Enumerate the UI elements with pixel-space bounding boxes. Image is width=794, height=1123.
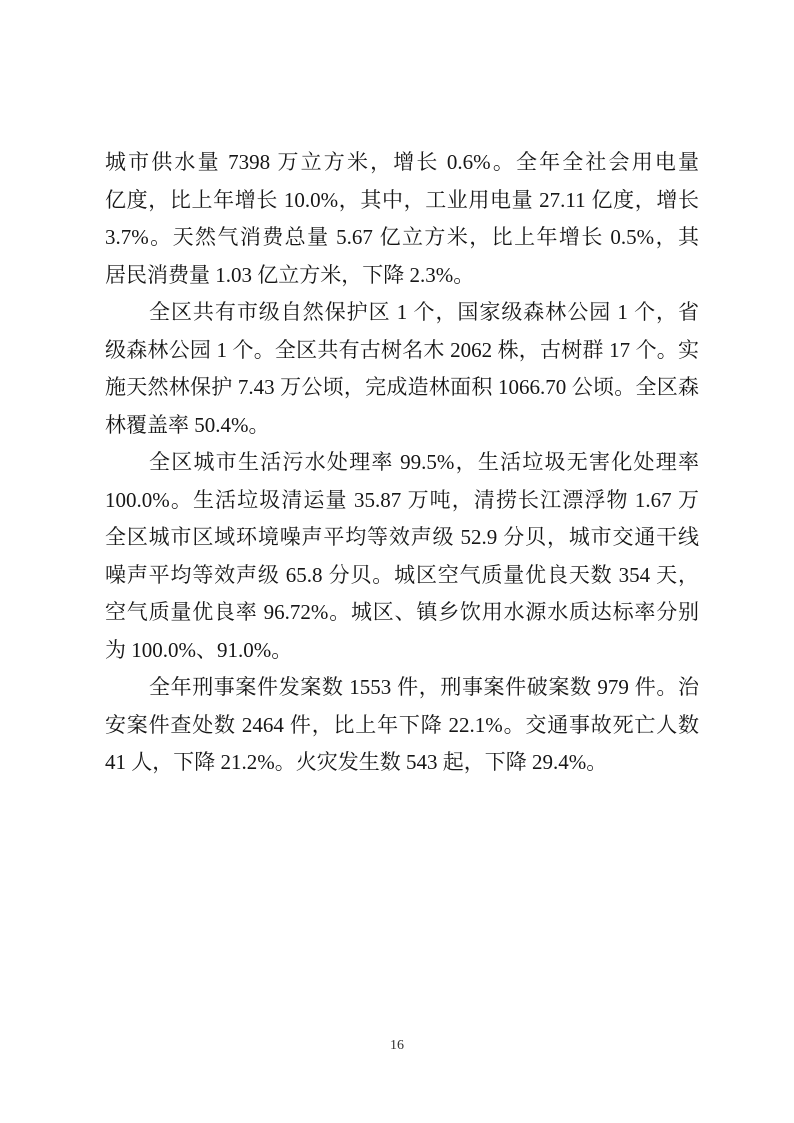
page-number: 16 [0,1038,794,1054]
text-line: 噪声平均等效声级 65.8 分贝。城区空气质量优良天数 354 天， [105,557,699,595]
text-line: 3.7%。天然气消费总量 5.67 亿立方米，比上年增长 0.5%，其中， [105,219,699,257]
text-line: 安案件查处数 2464 件，比上年下降 22.1%。交通事故死亡人数 [105,707,699,745]
text-line: 居民消费量 1.03 亿立方米，下降 2.3%。 [105,257,699,295]
paragraph: 全区共有市级自然保护区 1 个，国家级森林公园 1 个，省（市）级森林公园 1 … [105,294,699,444]
text-line: 全区共有市级自然保护区 1 个，国家级森林公园 1 个，省（市） [105,294,699,332]
text-line: 城市供水量 7398 万立方米，增长 0.6%。全年全社会用电量 50.40 [105,144,699,182]
text-line: 全区城市区域环境噪声平均等效声级 52.9 分贝，城市交通干线 [105,519,699,557]
text-line: 全区城市生活污水处理率 99.5%，生活垃圾无害化处理率 [105,444,699,482]
document-page: 城市供水量 7398 万立方米，增长 0.6%。全年全社会用电量 50.40亿度… [0,0,794,1123]
text-line: 林覆盖率 50.4%。 [105,407,699,445]
text-line: 亿度，比上年增长 10.0%，其中，工业用电量 27.11 亿度，增长 [105,182,699,220]
text-line: 级森林公园 1 个。全区共有古树名木 2062 株，古树群 17 个。实 [105,332,699,370]
paragraph: 城市供水量 7398 万立方米，增长 0.6%。全年全社会用电量 50.40亿度… [105,144,699,294]
text-line: 100.0%。生活垃圾清运量 35.87 万吨，清捞长江漂浮物 1.67 万吨。 [105,482,699,520]
text-line: 为 100.0%、91.0%。 [105,632,699,670]
text-line: 施天然林保护 7.43 万公顷，完成造林面积 1066.70 公顷。全区森 [105,369,699,407]
paragraph: 全年刑事案件发案数 1553 件，刑事案件破案数 979 件。治安案件查处数 2… [105,669,699,782]
document-body: 城市供水量 7398 万立方米，增长 0.6%。全年全社会用电量 50.40亿度… [105,144,699,782]
text-line: 全年刑事案件发案数 1553 件，刑事案件破案数 979 件。治 [105,669,699,707]
text-line: 41 人，下降 21.2%。火灾发生数 543 起，下降 29.4%。 [105,744,699,782]
text-line: 空气质量优良率 96.72%。城区、镇乡饮用水源水质达标率分别 [105,594,699,632]
paragraph: 全区城市生活污水处理率 99.5%，生活垃圾无害化处理率100.0%。生活垃圾清… [105,444,699,669]
